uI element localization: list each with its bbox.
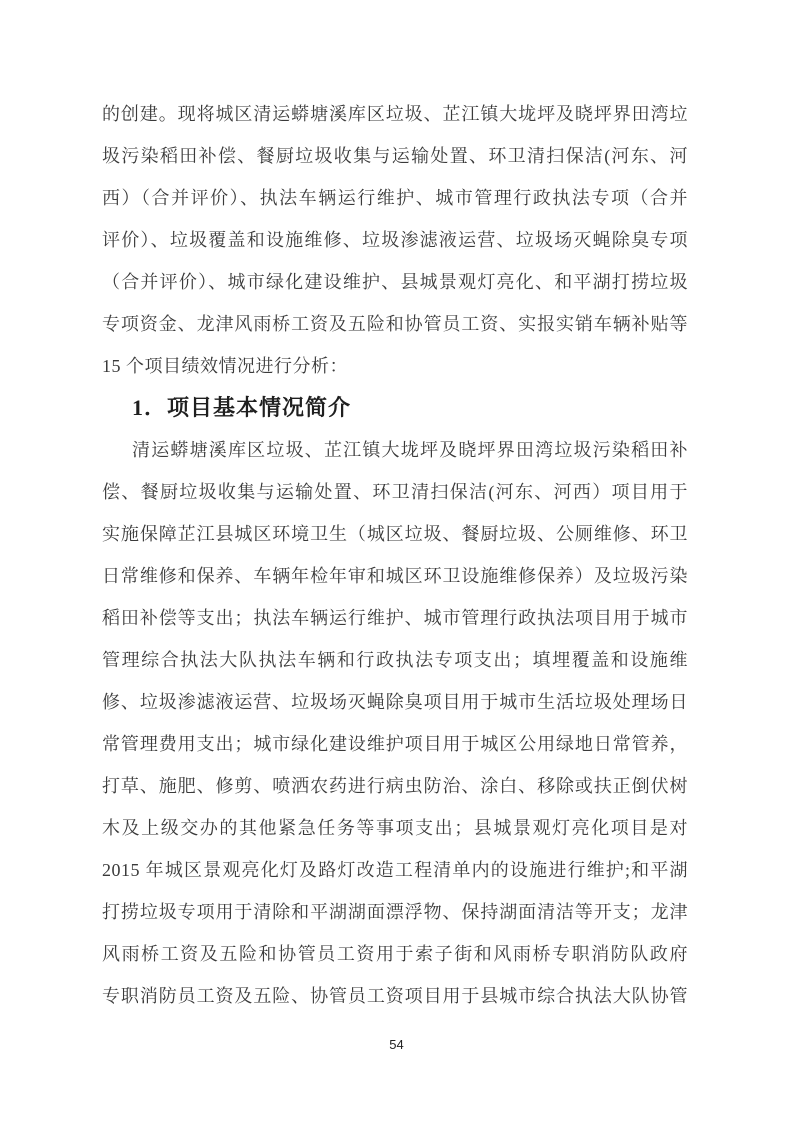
text-line: 常管理费用支出；城市绿化建设维护项目用于城区公用绿地日常管养，: [102, 723, 688, 765]
text-line: 实施保障芷江县城区环境卫生（城区垃圾、餐厨垃圾、公厕维修、环卫: [102, 513, 688, 555]
text-line: 评价）、垃圾覆盖和设施维修、垃圾渗滤液运营、垃圾场灭蝇除臭专项: [102, 219, 688, 261]
text-line: 西）（合并评价）、执法车辆运行维护、城市管理行政执法专项（合并: [102, 177, 688, 219]
text-line: 的创建。现将城区清运蟒塘溪库区垃圾、芷江镇大垅坪及晓坪界田湾垃: [102, 93, 688, 135]
text-line: 15 个项目绩效情况进行分析：: [102, 345, 688, 387]
text-line: 偿、餐厨垃圾收集与运输处置、环卫清扫保洁(河东、河西）项目用于: [102, 471, 688, 513]
text-line: 稻田补偿等支出；执法车辆运行维护、城市管理行政执法项目用于城市: [102, 597, 688, 639]
text-line: 修、垃圾渗滤液运营、垃圾场灭蝇除臭项目用于城市生活垃圾处理场日: [102, 681, 688, 723]
section-heading: 1．项目基本情况简介: [102, 387, 688, 429]
paragraph-1: 的创建。现将城区清运蟒塘溪库区垃圾、芷江镇大垅坪及晓坪界田湾垃 圾污染稻田补偿、…: [102, 93, 688, 387]
text-line: 风雨桥工资及五险和协管员工资用于索子街和风雨桥专职消防队政府: [102, 933, 688, 975]
text-line: 打草、施肥、修剪、喷洒农药进行病虫防治、涂白、移除或扶正倒伏树: [102, 765, 688, 807]
text-line: 日常维修和保养、车辆年检年审和城区环卫设施维修保养）及垃圾污染: [102, 555, 688, 597]
paragraph-2: 清运蟒塘溪库区垃圾、芷江镇大垅坪及晓坪界田湾垃圾污染稻田补 偿、餐厨垃圾收集与运…: [102, 429, 688, 1017]
text-line: 管理综合执法大队执法车辆和行政执法专项支出；填埋覆盖和设施维: [102, 639, 688, 681]
text-line: 2015 年城区景观亮化灯及路灯改造工程清单内的设施进行维护;和平湖: [102, 849, 688, 891]
text-line: 专项资金、龙津风雨桥工资及五险和协管员工资、实报实销车辆补贴等: [102, 303, 688, 345]
text-line: 打捞垃圾专项用于清除和平湖湖面漂浮物、保持湖面清洁等开支；龙津: [102, 891, 688, 933]
document-page: 的创建。现将城区清运蟒塘溪库区垃圾、芷江镇大垅坪及晓坪界田湾垃 圾污染稻田补偿、…: [0, 0, 793, 1122]
text-line: （合并评价）、城市绿化建设维护、县城景观灯亮化、和平湖打捞垃圾: [102, 261, 688, 303]
text-line: 清运蟒塘溪库区垃圾、芷江镇大垅坪及晓坪界田湾垃圾污染稻田补: [102, 429, 688, 471]
document-content: 的创建。现将城区清运蟒塘溪库区垃圾、芷江镇大垅坪及晓坪界田湾垃 圾污染稻田补偿、…: [102, 93, 688, 1017]
page-footer: 54: [0, 1036, 793, 1054]
text-line: 木及上级交办的其他紧急任务等事项支出；县城景观灯亮化项目是对: [102, 807, 688, 849]
text-line: 圾污染稻田补偿、餐厨垃圾收集与运输处置、环卫清扫保洁(河东、河: [102, 135, 688, 177]
text-line: 专职消防员工资及五险、协管员工资项目用于县城市综合执法大队协管: [102, 975, 688, 1017]
page-number: 54: [389, 1037, 403, 1052]
